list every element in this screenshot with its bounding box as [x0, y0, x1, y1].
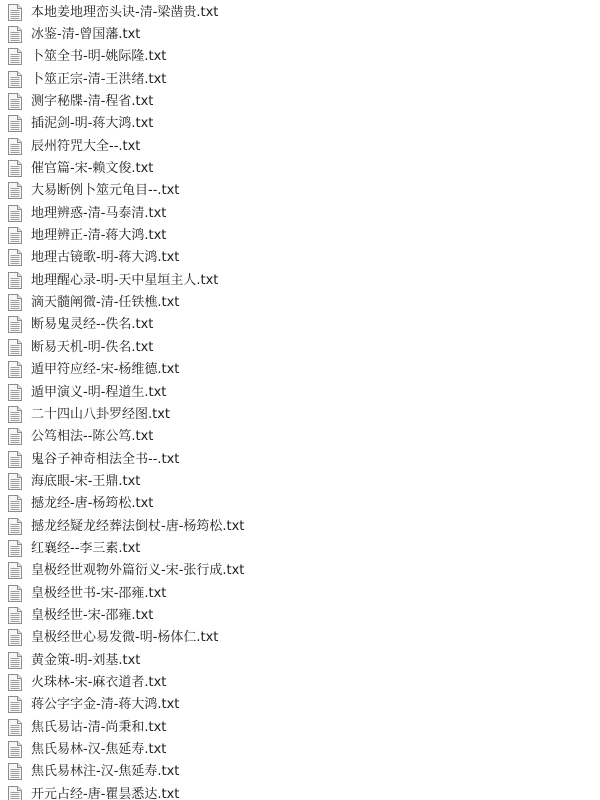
file-name: 鬼谷子神奇相法全书--.txt [31, 451, 179, 468]
file-name: 遁甲符应经-宋-杨维德.txt [31, 361, 179, 378]
text-file-icon [8, 451, 22, 468]
text-file-icon [8, 182, 22, 199]
file-name: 皇极经世心易发微-明-杨体仁.txt [31, 629, 218, 646]
file-item[interactable]: 辰州符咒大全--.txt [0, 135, 600, 157]
file-name: 卜筮正宗-清-王洪绪.txt [31, 71, 166, 88]
file-name: 地理古镜歌-明-蒋大鸿.txt [31, 249, 179, 266]
file-item[interactable]: 火珠林-宋-麻衣道者.txt [0, 671, 600, 693]
file-name: 断易鬼灵经--佚名.txt [31, 316, 153, 333]
text-file-icon [8, 249, 22, 266]
file-name: 皇极经世书-宋-邵雍.txt [31, 585, 166, 602]
text-file-icon [8, 562, 22, 579]
file-name: 皇极经世-宋-邵雍.txt [31, 607, 153, 624]
file-item[interactable]: 卜筮正宗-清-王洪绪.txt [0, 68, 600, 90]
file-item[interactable]: 本地姜地理峦头诀-清-梁凿贵.txt [0, 1, 600, 23]
file-name: 卜筮全书-明-姚际隆.txt [31, 48, 166, 65]
text-file-icon [8, 696, 22, 713]
file-item[interactable]: 催官篇-宋-赖文俊.txt [0, 157, 600, 179]
file-item[interactable]: 皇极经世-宋-邵雍.txt [0, 604, 600, 626]
text-file-icon [8, 763, 22, 780]
file-name: 辰州符咒大全--.txt [31, 138, 140, 155]
file-item[interactable]: 测字秘牒-清-程省.txt [0, 90, 600, 112]
file-name: 蒋公字字金-清-蒋大鸿.txt [31, 696, 179, 713]
text-file-icon [8, 384, 22, 401]
file-name: 地理醒心录-明-天中星垣主人.txt [31, 272, 218, 289]
file-item[interactable]: 撼龙经疑龙经葬法倒杖-唐-杨筠松.txt [0, 515, 600, 537]
text-file-icon [8, 71, 22, 88]
file-item[interactable]: 插泥剑-明-蒋大鸿.txt [0, 113, 600, 135]
file-item[interactable]: 焦氏易林-汉-焦延寿.txt [0, 738, 600, 760]
file-item[interactable]: 冰鉴-清-曾国藩.txt [0, 23, 600, 45]
file-name: 皇极经世观物外篇衍义-宋-张行成.txt [31, 562, 244, 579]
text-file-icon [8, 316, 22, 333]
file-name: 滴天髓阐微-清-任铁樵.txt [31, 294, 179, 311]
file-list: 本地姜地理峦头诀-清-梁凿贵.txt 冰鉴-清-曾国藩.txt [0, 1, 600, 800]
file-name: 撼龙经疑龙经葬法倒杖-唐-杨筠松.txt [31, 518, 244, 535]
text-file-icon [8, 652, 22, 669]
file-item[interactable]: 地理古镜歌-明-蒋大鸿.txt [0, 247, 600, 269]
file-item[interactable]: 遁甲符应经-宋-杨维德.txt [0, 359, 600, 381]
file-name: 二十四山八卦罗经图.txt [31, 406, 170, 423]
file-item[interactable]: 断易鬼灵经--佚名.txt [0, 314, 600, 336]
file-item[interactable]: 蒋公字字金-清-蒋大鸿.txt [0, 694, 600, 716]
text-file-icon [8, 428, 22, 445]
text-file-icon [8, 294, 22, 311]
file-item[interactable]: 地理辨正-清-蒋大鸿.txt [0, 224, 600, 246]
text-file-icon [8, 674, 22, 691]
file-name: 冰鉴-清-曾国藩.txt [31, 26, 140, 43]
file-item[interactable]: 皇极经世心易发微-明-杨体仁.txt [0, 627, 600, 649]
file-name: 大易断例卜筮元龟目--.txt [31, 182, 179, 199]
file-item[interactable]: 焦氏易诂-清-尚秉和.txt [0, 716, 600, 738]
text-file-icon [8, 205, 22, 222]
text-file-icon [8, 629, 22, 646]
text-file-icon [8, 160, 22, 177]
file-name: 红襄经--李三素.txt [31, 540, 140, 557]
text-file-icon [8, 115, 22, 132]
text-file-icon [8, 607, 22, 624]
file-item[interactable]: 二十四山八卦罗经图.txt [0, 403, 600, 425]
file-name: 遁甲演义-明-程道生.txt [31, 384, 166, 401]
text-file-icon [8, 361, 22, 378]
file-name: 开元占经-唐-瞿昙悉达.txt [31, 786, 179, 800]
text-file-icon [8, 518, 22, 535]
file-item[interactable]: 公笃相法--陈公笃.txt [0, 426, 600, 448]
file-name: 测字秘牒-清-程省.txt [31, 93, 153, 110]
text-file-icon [8, 406, 22, 423]
file-item[interactable]: 撼龙经-唐-杨筠松.txt [0, 493, 600, 515]
file-name: 地理辨惑-清-马泰清.txt [31, 205, 166, 222]
file-item[interactable]: 焦氏易林注-汉-焦延寿.txt [0, 761, 600, 783]
file-name: 焦氏易诂-清-尚秉和.txt [31, 719, 166, 736]
file-name: 公笃相法--陈公笃.txt [31, 428, 153, 445]
file-name: 海底眼-宋-王鼎.txt [31, 473, 140, 490]
text-file-icon [8, 4, 22, 21]
text-file-icon [8, 227, 22, 244]
text-file-icon [8, 741, 22, 758]
file-name: 催官篇-宋-赖文俊.txt [31, 160, 153, 177]
file-name: 地理辨正-清-蒋大鸿.txt [31, 227, 166, 244]
text-file-icon [8, 585, 22, 602]
text-file-icon [8, 272, 22, 289]
text-file-icon [8, 48, 22, 65]
text-file-icon [8, 138, 22, 155]
file-item[interactable]: 地理辨惑-清-马泰清.txt [0, 202, 600, 224]
file-name: 焦氏易林注-汉-焦延寿.txt [31, 763, 179, 780]
file-name: 插泥剑-明-蒋大鸿.txt [31, 115, 153, 132]
text-file-icon [8, 719, 22, 736]
file-item[interactable]: 地理醒心录-明-天中星垣主人.txt [0, 269, 600, 291]
file-item[interactable]: 红襄经--李三素.txt [0, 537, 600, 559]
file-item[interactable]: 滴天髓阐微-清-任铁樵.txt [0, 291, 600, 313]
file-item[interactable]: 断易天机-明-佚名.txt [0, 336, 600, 358]
file-name: 焦氏易林-汉-焦延寿.txt [31, 741, 166, 758]
file-item[interactable]: 皇极经世书-宋-邵雍.txt [0, 582, 600, 604]
file-name: 火珠林-宋-麻衣道者.txt [31, 674, 166, 691]
file-item[interactable]: 遁甲演义-明-程道生.txt [0, 381, 600, 403]
file-item[interactable]: 鬼谷子神奇相法全书--.txt [0, 448, 600, 470]
text-file-icon [8, 786, 22, 800]
file-name: 黄金策-明-刘基.txt [31, 652, 140, 669]
text-file-icon [8, 473, 22, 490]
file-item[interactable]: 开元占经-唐-瞿昙悉达.txt [0, 783, 600, 800]
text-file-icon [8, 26, 22, 43]
file-item[interactable]: 大易断例卜筮元龟目--.txt [0, 180, 600, 202]
file-item[interactable]: 黄金策-明-刘基.txt [0, 649, 600, 671]
file-item[interactable]: 卜筮全书-明-姚际隆.txt [0, 46, 600, 68]
text-file-icon [8, 339, 22, 356]
file-name: 撼龙经-唐-杨筠松.txt [31, 495, 153, 512]
file-name: 断易天机-明-佚名.txt [31, 339, 153, 356]
file-name: 本地姜地理峦头诀-清-梁凿贵.txt [31, 4, 218, 21]
file-item[interactable]: 皇极经世观物外篇衍义-宋-张行成.txt [0, 560, 600, 582]
text-file-icon [8, 540, 22, 557]
text-file-icon [8, 93, 22, 110]
file-item[interactable]: 海底眼-宋-王鼎.txt [0, 470, 600, 492]
text-file-icon [8, 495, 22, 512]
